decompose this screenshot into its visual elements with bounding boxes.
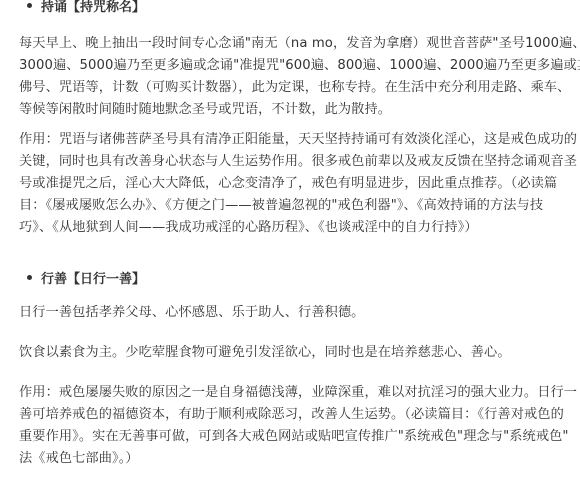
text-line: 目：《屡戒屡败怎么办》、《方便之门——被普遍忽视的"戒色利器"》、《高效持诵的方… xyxy=(19,195,567,217)
bullet-icon xyxy=(27,275,32,280)
section-heading-xingshan: 行善【日行一善】 xyxy=(27,268,145,287)
text-line: 饮食以素食为主。少吃荤腥食物可避免引发淫欲心，同时也是在培养慈悲心、善心。 xyxy=(19,342,567,364)
text-line: 每天早上、晚上抽出一段时间专心念诵"南无（na mo，发音为拿磨）观世音菩萨"圣… xyxy=(19,33,567,55)
section-heading-chisong: 持诵【持咒称名】 xyxy=(27,0,145,15)
paragraph-diet: 饮食以素食为主。少吃荤腥食物可避免引发淫欲心，同时也是在培养慈悲心、善心。 xyxy=(19,342,567,364)
text-line: 作用：咒语与诸佛菩萨圣号具有清净正阳能量，天天坚持持诵可有效淡化淫心，这是戒色成… xyxy=(19,129,567,151)
text-line: 佛号、咒语等，计数（可购买计数器），此为定课，也称专持。在生活中充分利用走路、乘… xyxy=(19,77,567,99)
text-line: 作用：戒色屡屡失败的原因之一是自身福德浅薄，业障深重，难以对抗淫习的强大业力。日… xyxy=(19,382,567,404)
text-line: 号或准提咒之后，淫心大大降低，心念变清净了，戒色有明显进步，因此重点推荐。（必读… xyxy=(19,173,567,195)
paragraph-good-deeds: 日行一善包括孝养父母、心怀感恩、乐于助人、行善积德。 xyxy=(19,302,567,324)
text-line: 日行一善包括孝养父母、心怀感恩、乐于助人、行善积德。 xyxy=(19,302,567,324)
text-line: 重要作用》。实在无善事可做，可到各大戒色网站或贴吧宣传推广"系统戒色"理念与"系… xyxy=(19,426,567,448)
text-line: 法《戒色七部曲》。） xyxy=(19,448,567,470)
heading-text: 持诵【持咒称名】 xyxy=(41,0,145,15)
text-line: 善可培养戒色的福德资本，有助于顺利戒除恶习，改善人生运势。（必读篇目：《行善对戒… xyxy=(19,404,567,426)
text-line: 关键，同时也具有改善身心状态与人生运势作用。很多戒色前辈以及戒友反馈在坚持念诵观… xyxy=(19,151,567,173)
text-line: 等候等闲散时间随时随地默念圣号或咒语，不计数，此为散持。 xyxy=(19,99,567,121)
text-line: 巧》、《从地狱到人间——我成功戒淫的心路历程》、《也谈戒淫中的自力行持》） xyxy=(19,217,567,239)
bullet-icon xyxy=(27,3,32,8)
paragraph-daily-practice: 每天早上、晚上抽出一段时间专心念诵"南无（na mo，发音为拿磨）观世音菩萨"圣… xyxy=(19,33,567,121)
heading-text: 行善【日行一善】 xyxy=(41,272,145,287)
text-line: 3000遍、5000遍乃至更多遍或念诵"准提咒"600遍、800遍、1000遍、… xyxy=(19,55,567,77)
paragraph-xingshan-effect: 作用：戒色屡屡失败的原因之一是自身福德浅薄，业障深重，难以对抗淫习的强大业力。日… xyxy=(19,382,567,470)
paragraph-chisong-effect: 作用：咒语与诸佛菩萨圣号具有清净正阳能量，天天坚持持诵可有效淡化淫心，这是戒色成… xyxy=(19,129,567,239)
